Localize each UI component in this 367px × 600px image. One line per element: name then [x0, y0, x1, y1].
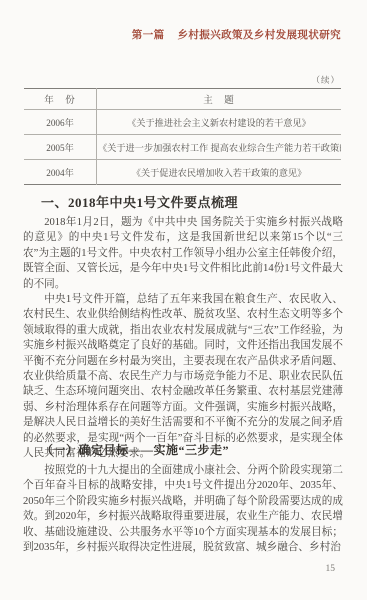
page-number: 15 — [326, 564, 336, 574]
table-header-topic: 主 题 — [97, 89, 342, 110]
paragraph: 2018年1月2日，题为《中共中央 国务院关于实施乡村振兴战略的意见》的中央1号… — [23, 215, 343, 292]
year-cell: 2004年 — [24, 160, 97, 185]
policy-table: 年 份 主 题 2006年 《关于推进社会主义新农村建设的若干意见》 2005年… — [24, 88, 341, 185]
subsection-body: 按照党的十九大提出的全面建成小康社会、分两个阶段实现第二个百年奋斗目标的战略安排… — [23, 463, 343, 555]
table-header-year: 年 份 — [24, 89, 97, 110]
year-cell: 2006年 — [24, 110, 97, 135]
table-row: 2005年 《关于进一步加强农村工作 提高农业综合生产能力若干政策的意见》 — [24, 135, 341, 160]
topic-cell: 《关于促进农民增加收入若干政策的意见》 — [97, 160, 342, 185]
table-header-row: 年 份 主 题 — [24, 89, 341, 110]
year-cell: 2005年 — [24, 135, 97, 160]
subsection-heading: （一）确定目标——实施“三步走” — [41, 441, 229, 458]
section-body: 2018年1月2日，题为《中共中央 国务院关于实施乡村振兴战略的意见》的中央1号… — [23, 215, 343, 462]
paragraph: 按照党的十九大提出的全面建成小康社会、分两个阶段实现第二个百年奋斗目标的战略安排… — [23, 463, 343, 555]
paragraph: 中央1号文件开篇，总结了五年来我国在粮食生产、农民收入、农村民生、农业供给侧结构… — [23, 292, 343, 461]
table-row: 2006年 《关于推进社会主义新农村建设的若干意见》 — [24, 110, 341, 135]
topic-cell: 《关于进一步加强农村工作 提高农业综合生产能力若干政策的意见》 — [97, 135, 342, 160]
book-page: 第一篇乡村振兴政策及乡村发展现状研究 （续） 年 份 主 题 2006年 《关于… — [0, 0, 367, 600]
section-heading: 一、2018年中央1号文件要点梳理 — [41, 192, 238, 211]
running-head-chapter: 第一篇 — [132, 30, 165, 41]
table-row: 2004年 《关于促进农民增加收入若干政策的意见》 — [24, 160, 341, 185]
topic-cell: 《关于推进社会主义新农村建设的若干意见》 — [97, 110, 342, 135]
running-head-title: 乡村振兴政策及乡村发展现状研究 — [178, 30, 342, 41]
running-head: 第一篇乡村振兴政策及乡村发展现状研究 — [132, 27, 341, 42]
table-continuation-label: （续） — [311, 74, 340, 86]
